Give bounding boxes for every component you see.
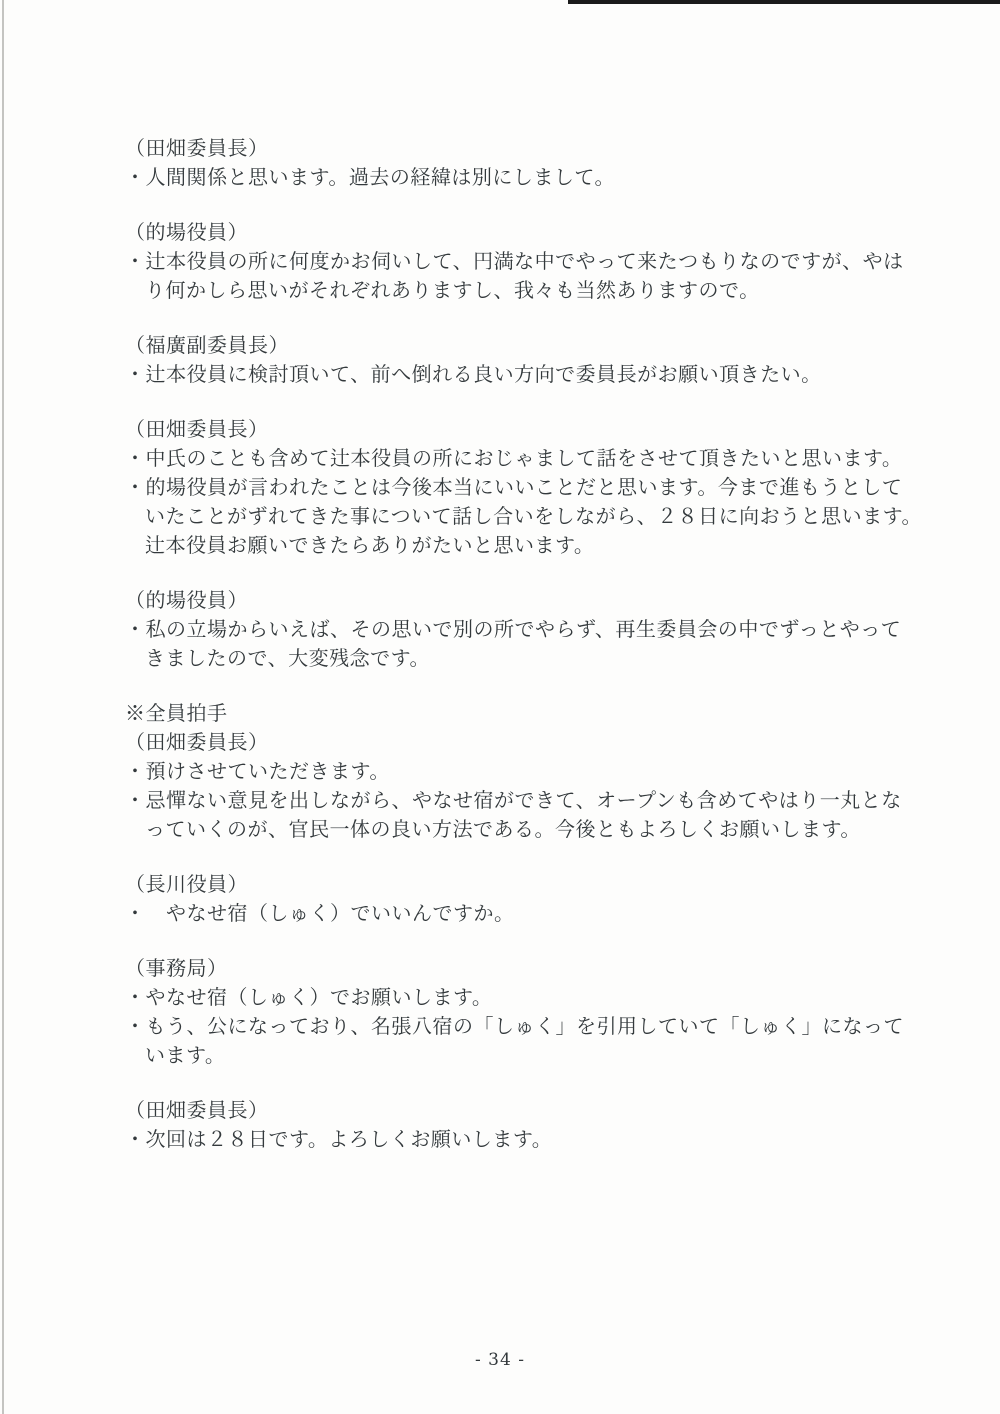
paragraph-gap [125,844,915,870]
note-line: ※全員拍手 [125,699,915,728]
scan-artifact-left-edge [2,0,4,1414]
statement-continuation: きましたので、大変残念です。 [125,644,915,673]
scan-artifact-top-edge [568,0,1000,4]
paragraph-gap [125,560,915,586]
statement-continuation: います。 [125,1041,915,1070]
speaker-heading: （田畑委員長） [125,134,915,163]
statement-continuation: り何かしら思いがそれぞれありますし、我々も当然ありますので。 [125,276,915,305]
statement-line: ・的場役員が言われたことは今後本当にいいことだと思います。今まで進もうとして [125,473,915,502]
paragraph-gap [125,192,915,218]
statement-line: ・もう、公になっており、名張八宿の「しゅく」を引用していて「しゅく」になって [125,1012,915,1041]
statement-line: ・私の立場からいえば、その思いで別の所でやらず、再生委員会の中でずっとやって [125,615,915,644]
speaker-heading: （事務局） [125,954,915,983]
speaker-heading: （長川役員） [125,870,915,899]
statement-line: ・やなせ宿（しゅく）でお願いします。 [125,983,915,1012]
paragraph-gap [125,1070,915,1096]
speaker-heading: （福廣副委員長） [125,331,915,360]
speaker-heading: （的場役員） [125,586,915,615]
minutes-text-body: （田畑委員長）・人間関係と思います。過去の経緯は別にしまして。（的場役員）・辻本… [125,134,915,1154]
statement-continuation: っていくのが、官民一体の良い方法である。今後ともよろしくお願いします。 [125,815,915,844]
statement-line: ・ やなせ宿（しゅく）でいいんですか。 [125,899,915,928]
statement-continuation: いたことがずれてきた事について話し合いをしながら、２８日に向おうと思います。 [125,502,915,531]
paragraph-gap [125,389,915,415]
paragraph-gap [125,673,915,699]
statement-continuation: 辻本役員お願いできたらありがたいと思います。 [125,531,915,560]
statement-line: ・忌憚ない意見を出しながら、やなせ宿ができて、オープンも含めてやはり一丸とな [125,786,915,815]
page-number: - 34 - [475,1350,525,1370]
speaker-heading: （田畑委員長） [125,1096,915,1125]
statement-line: ・辻本役員の所に何度かお伺いして、円満な中でやって来たつもりなのですが、やは [125,247,915,276]
statement-line: ・辻本役員に検討頂いて、前へ倒れる良い方向で委員長がお願い頂きたい。 [125,360,915,389]
statement-line: ・中氏のことも含めて辻本役員の所におじゃまして話をさせて頂きたいと思います。 [125,444,915,473]
page-footer: - 34 - [0,1350,1000,1370]
speaker-heading: （田畑委員長） [125,415,915,444]
statement-line: ・次回は２８日です。よろしくお願いします。 [125,1125,915,1154]
speaker-heading: （的場役員） [125,218,915,247]
paragraph-gap [125,928,915,954]
paragraph-gap [125,305,915,331]
scanned-minutes-page: （田畑委員長）・人間関係と思います。過去の経緯は別にしまして。（的場役員）・辻本… [0,0,1000,1414]
statement-line: ・預けさせていただきます。 [125,757,915,786]
speaker-heading: （田畑委員長） [125,728,915,757]
statement-line: ・人間関係と思います。過去の経緯は別にしまして。 [125,163,915,192]
